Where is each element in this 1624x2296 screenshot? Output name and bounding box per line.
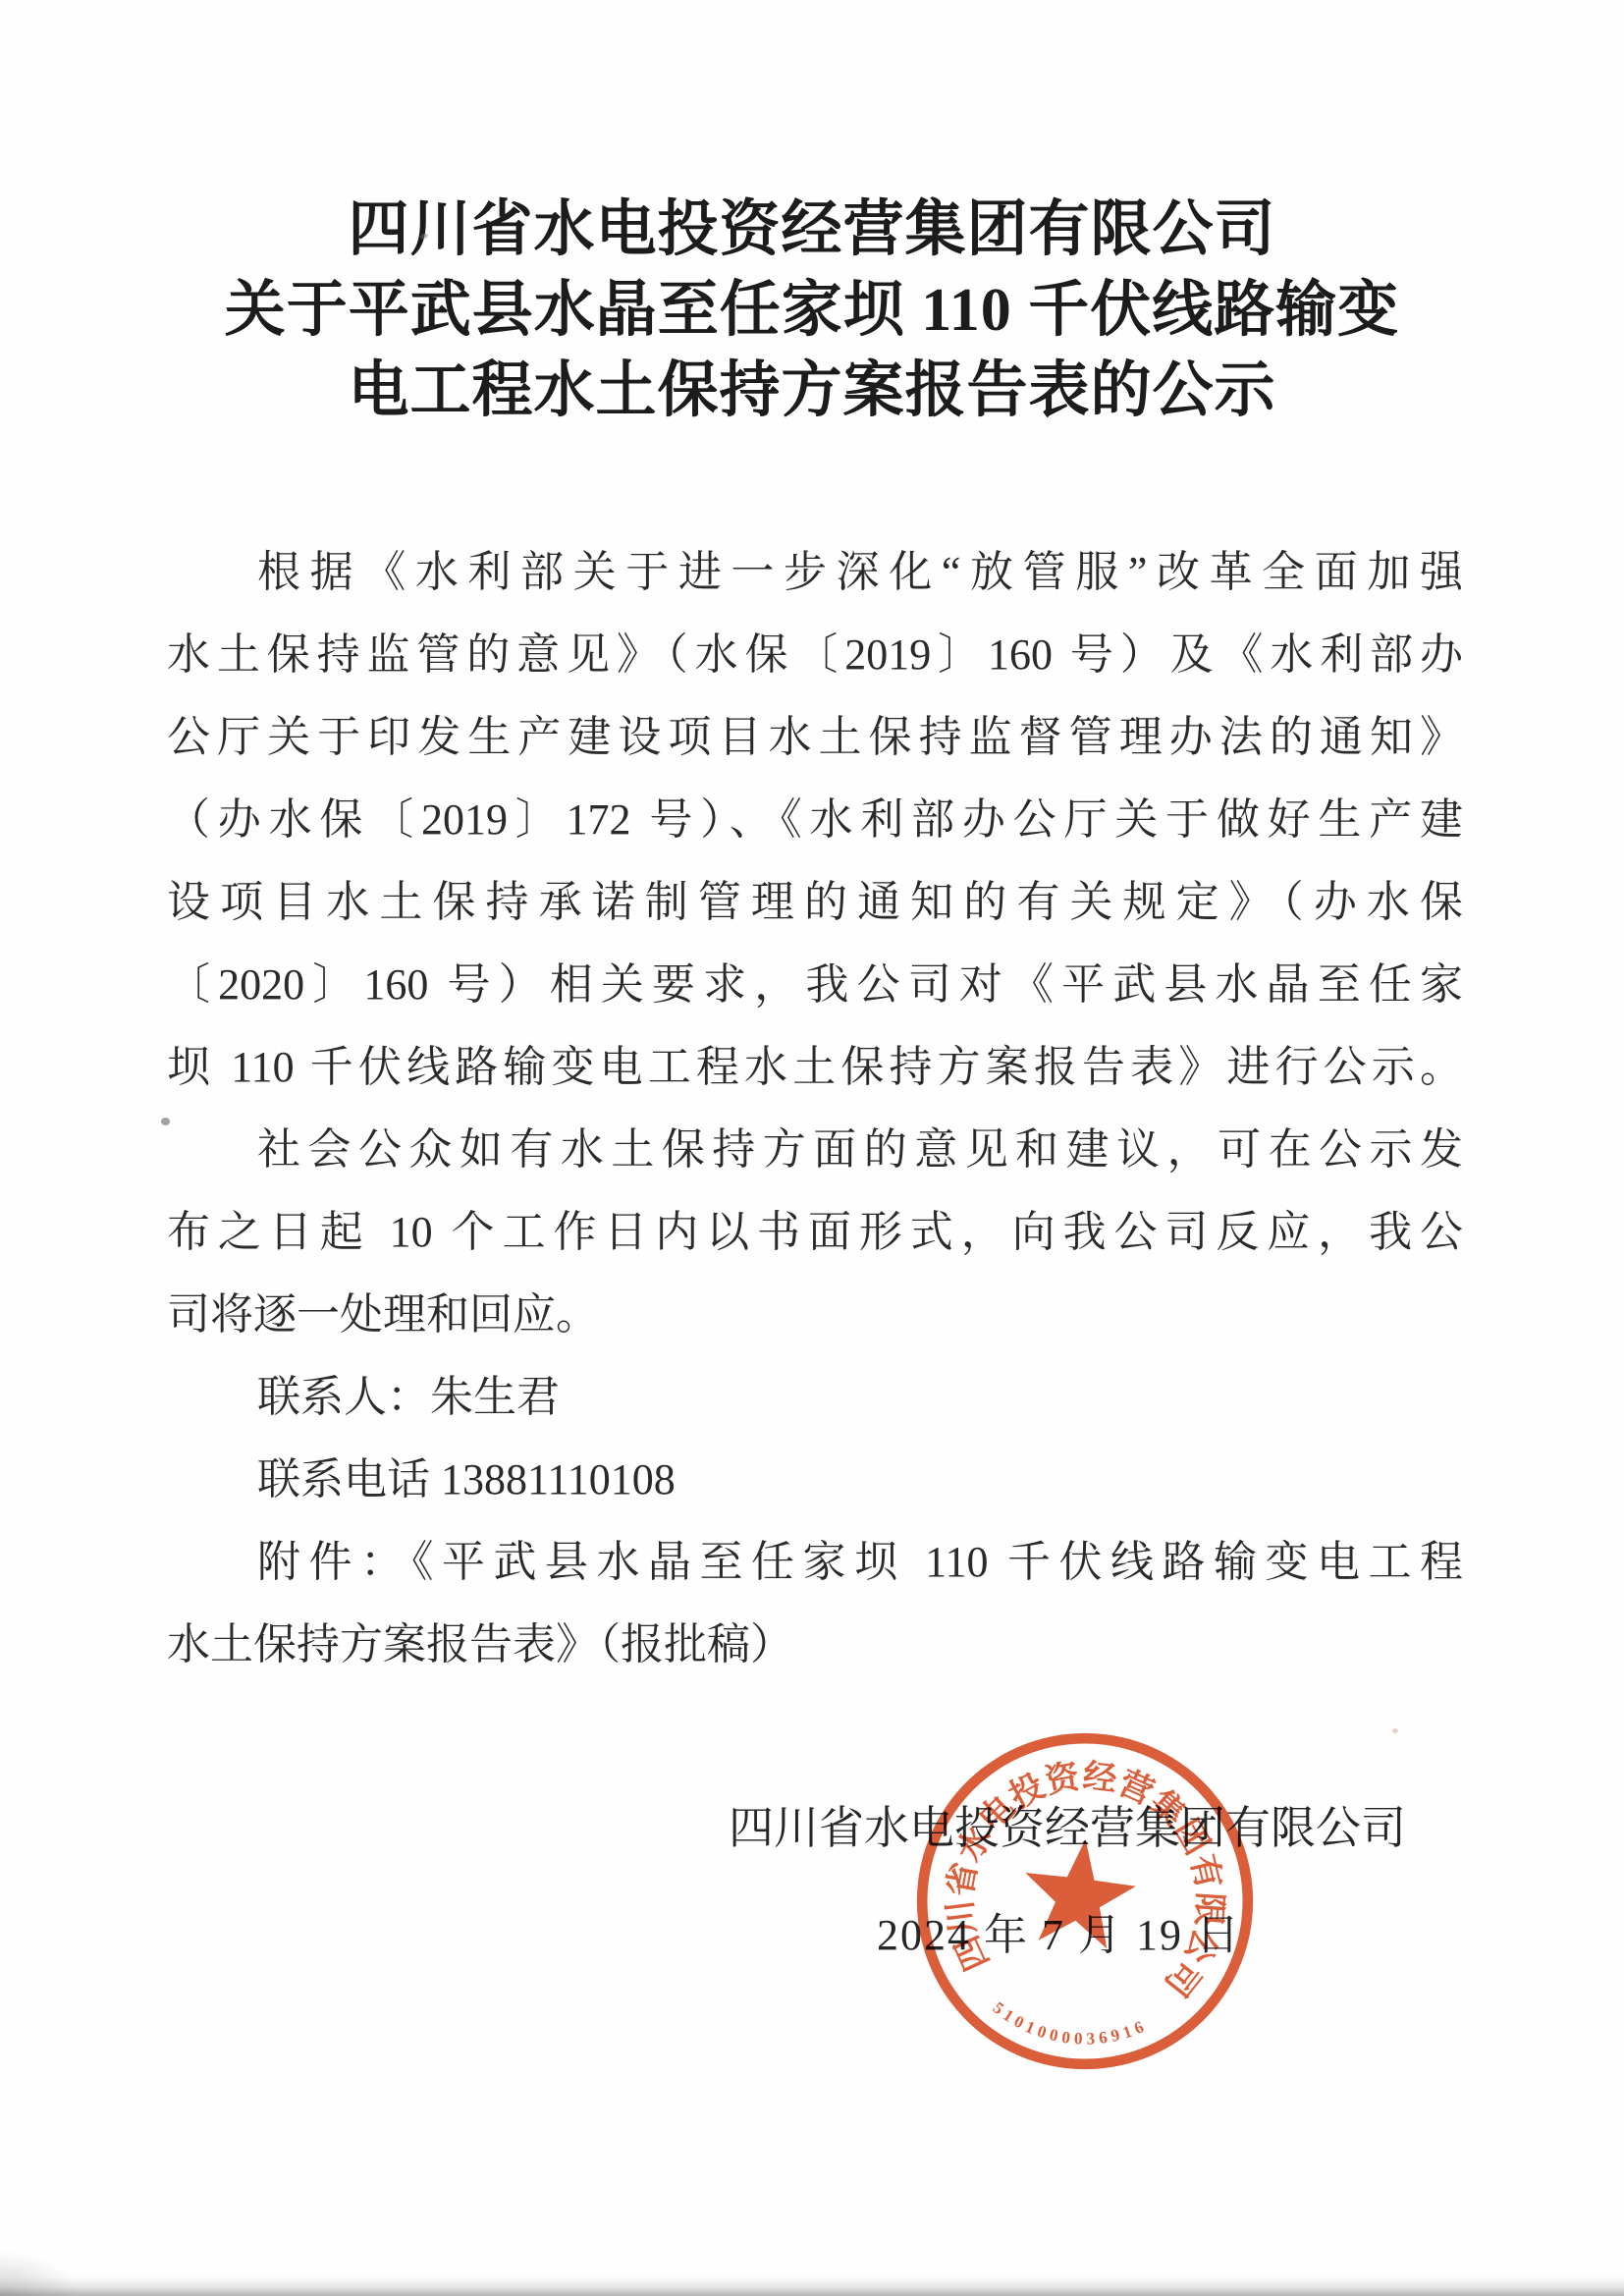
body-line: 社会公众如有水土保持方面的意见和建议，可在公示发 [167, 1109, 1463, 1191]
body-line: 司将逐一处理和回应。 [167, 1274, 1463, 1356]
document-body: 根据《水利部关于进一步深化“放管服”改革全面加强水土保持监管的意见》（水保〔20… [167, 531, 1463, 1686]
seal-ring [903, 1720, 1267, 2083]
official-seal-stamp: 四川省水电投资经营集团有限公司 5101000036916 [886, 1702, 1284, 2101]
body-line: 〔2020〕160 号）相关要求，我公司对《平武县水晶至任家 [167, 944, 1463, 1026]
scanned-document-page: 四川省水电投资经营集团有限公司关于平武县水晶至任家坝 110 千伏线路输变电工程… [0, 0, 1624, 2296]
body-line: （办水保〔2019〕172 号）、《水利部办公厅关于做好生产建 [167, 779, 1463, 861]
signature-company-name: 四川省水电投资经营集团有限公司 [729, 1801, 1406, 1856]
seal-serial-number: 5101000036916 [987, 1997, 1153, 2057]
document-title: 四川省水电投资经营集团有限公司关于平武县水晶至任家坝 110 千伏线路输变电工程… [79, 190, 1545, 431]
body-line: 附件：《平武县水晶至任家坝 110 千伏线路输变电工程 [167, 1521, 1463, 1604]
body-line: 坝 110 千伏线路输变电工程水土保持方案报告表》进行公示。 [167, 1026, 1463, 1109]
scan-bottom-edge [0, 2276, 1624, 2296]
seal-company-arc-text: 四川省水电投资经营集团有限公司 [932, 1742, 1245, 2007]
body-line: 公厅关于印发生产建设项目水土保持监督管理办法的通知》 [167, 696, 1463, 779]
body-line: 联系人：朱生君 [167, 1356, 1463, 1439]
body-line: 布之日起 10 个工作日内以书面形式，向我公司反应，我公 [167, 1191, 1463, 1274]
title-line: 电工程水土保持方案报告表的公示 [79, 351, 1545, 431]
title-line: 四川省水电投资经营集团有限公司 [79, 190, 1545, 270]
body-line: 设项目水土保持承诺制管理的通知的有关规定》（办水保 [167, 861, 1463, 944]
body-line: 根据《水利部关于进一步深化“放管服”改革全面加强 [167, 531, 1463, 614]
title-line: 关于平武县水晶至任家坝 110 千伏线路输变 [79, 270, 1545, 351]
scan-speck [1392, 1728, 1398, 1733]
signature-date: 2024 年 7 月 19 日 [877, 1909, 1241, 1962]
body-line: 联系电话 13881110108 [167, 1439, 1463, 1521]
body-line: 水土保持监管的意见》（水保〔2019〕160 号）及《水利部办 [167, 614, 1463, 696]
scan-speck [161, 1118, 170, 1125]
body-line: 水土保持方案报告表》（报批稿） [167, 1604, 1463, 1686]
